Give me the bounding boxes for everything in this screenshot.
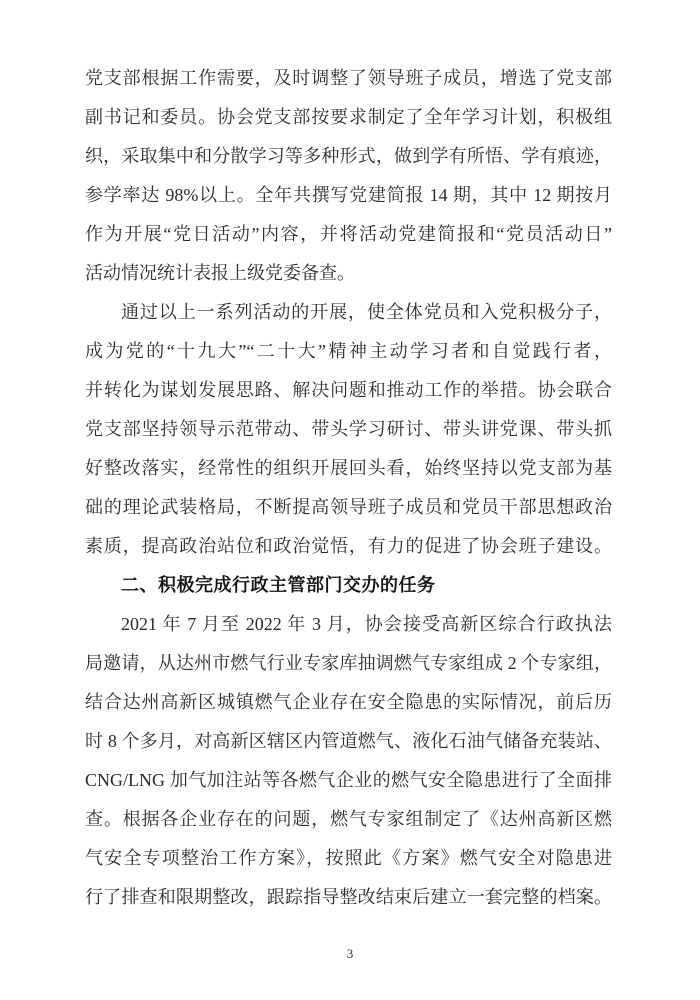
page-number: 3 (0, 944, 700, 964)
text-line: 并转化为谋划发展思路、解决问题和推动工作的举措。协会联合 (85, 371, 612, 410)
text-line: 素质，提高政治站位和政治觉悟，有力的促进了协会班子建设。 (85, 527, 612, 566)
document-body: 党支部根据工作需要，及时调整了领导班子成员，增选了党支部 副书记和委员。协会党支… (85, 59, 612, 917)
document-page: 党支部根据工作需要，及时调整了领导班子成员，增选了党支部 副书记和委员。协会党支… (0, 0, 700, 1000)
text-line: 通过以上一系列活动的开展，使全体党员和入党积极分子， (85, 293, 612, 332)
text-line: 结合达州高新区城镇燃气企业存在安全隐患的实际情况，前后历 (85, 683, 612, 722)
text-line: 活动情况统计表报上级党委备查。 (85, 254, 612, 293)
section-heading: 二、积极完成行政主管部门交办的任务 (85, 566, 612, 605)
text-line: 作为开展“党日活动”内容，并将活动党建简报和“党员活动日” (85, 215, 612, 254)
text-line: 副书记和委员。协会党支部按要求制定了全年学习计划，积极组 (85, 98, 612, 137)
text-line: 2021 年 7 月至 2022 年 3 月，协会接受高新区综合行政执法 (85, 605, 612, 644)
text-line: 织，采取集中和分散学习等多种形式，做到学有所悟、学有痕迹， (85, 137, 612, 176)
text-line: 党支部坚持领导示范带动、带头学习研讨、带头讲党课、带头抓 (85, 410, 612, 449)
text-line: 时 8 个多月，对高新区辖区内管道燃气、液化石油气储备充装站、 (85, 722, 612, 761)
text-line: 气安全专项整治工作方案》，按照此《方案》燃气安全对隐患进 (85, 839, 612, 878)
text-line: 局邀请，从达州市燃气行业专家库抽调燃气专家组成 2 个专家组， (85, 644, 612, 683)
text-line: 参学率达 98%以上。全年共撰写党建简报 14 期，其中 12 期按月 (85, 176, 612, 215)
text-line: CNG/LNG 加气加注站等各燃气企业的燃气安全隐患进行了全面排 (85, 761, 612, 800)
text-line: 查。根据各企业存在的问题，燃气专家组制定了《达州高新区燃 (85, 800, 612, 839)
text-line: 好整改落实，经常性的组织开展回头看，始终坚持以党支部为基 (85, 449, 612, 488)
text-line: 成为党的“十九大”“二十大”精神主动学习者和自觉践行者， (85, 332, 612, 371)
text-line: 础的理论武装格局，不断提高领导班子成员和党员干部思想政治 (85, 488, 612, 527)
text-line: 党支部根据工作需要，及时调整了领导班子成员，增选了党支部 (85, 59, 612, 98)
text-line: 行了排查和限期整改，跟踪指导整改结束后建立一套完整的档案。 (85, 878, 612, 917)
